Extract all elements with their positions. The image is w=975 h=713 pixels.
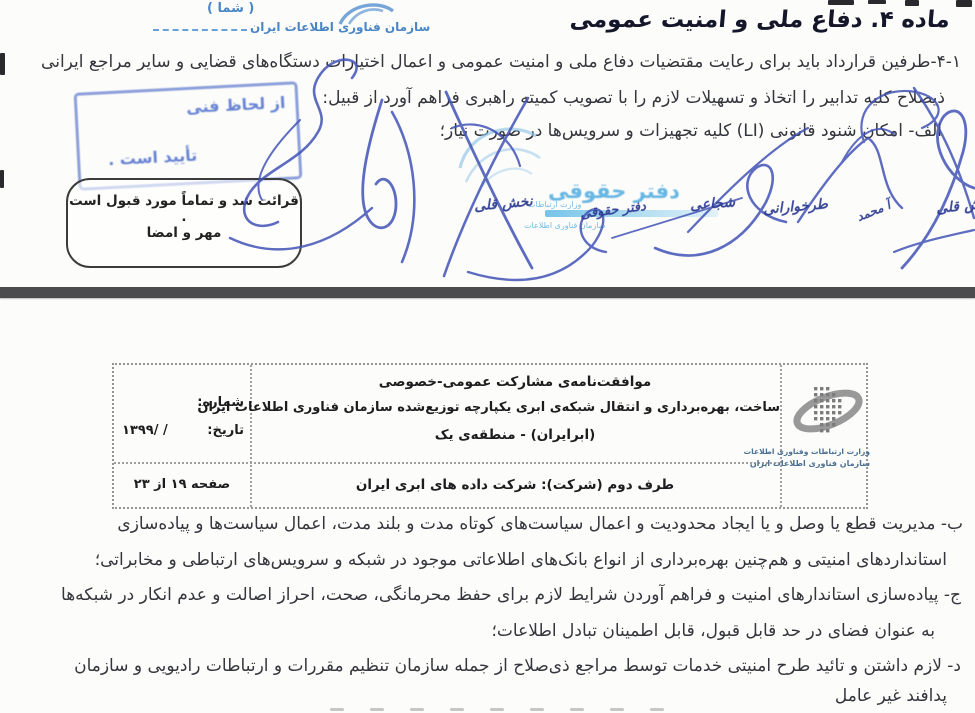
signer-name: شجاعی: [689, 194, 735, 213]
party-line: طرف دوم (شرکت): شرکت داده های ابری ایران: [250, 477, 780, 493]
agreement-title-line2: ساخت، بهره‌برداری و انتقال شبکه‌ی ابری ی…: [250, 400, 780, 415]
scanned-contract-page: ( شما ) سازمان فناوری اطلاعات ایران ماده…: [0, 0, 975, 713]
clause-c-line1: ج- پیاده‌سازی استاندارهای امنیت و فراهم …: [61, 585, 961, 605]
table-vline: [780, 365, 782, 507]
ministry-name-line2: سازمان فناوری اطلاعات ایران: [780, 459, 870, 468]
doc-header-table: شماره: تاریخ: ۱۳۹۹/ / صفحه ۱۹ از ۲۳ مواف…: [112, 363, 868, 509]
clause-d-line1: د- لازم داشتن و تائید طرح امنیتی خدمات ت…: [74, 656, 961, 676]
agreement-title-line3: (ابرایران) - منطقه‌ی یک: [250, 427, 780, 443]
ministry-name-line1: وزارت ارتباطات وفناوری اطلاعات: [780, 447, 870, 456]
clause-c-line2: به عنوان فضای در حد قابل قبول، قابل اطمی…: [491, 621, 935, 641]
scan-divider-bar: [0, 287, 975, 298]
clause-b-line1: ب- مدیریت قطع یا وصل و یا ایجاد محدودیت …: [117, 514, 963, 534]
clause-d-line2: پدافند غیر عامل: [835, 686, 947, 706]
cut-off-text-fragment: [330, 708, 664, 711]
date-value: ۱۳۹۹/ /: [122, 423, 168, 438]
page-info: صفحه ۱۹ از ۲۳: [114, 477, 250, 492]
table-hline: [114, 462, 780, 464]
signatures-ink-icon: [0, 0, 975, 300]
agreement-title-line1: موافقت‌نامه‌ی مشارکت عمومی-خصوصی: [250, 374, 780, 390]
ministry-logo-icon: [786, 381, 870, 443]
date-label: تاریخ:: [207, 423, 244, 438]
clause-b-line2: استانداردهای امنیتی و هم‌چنین بهره‌بردار…: [95, 550, 947, 570]
